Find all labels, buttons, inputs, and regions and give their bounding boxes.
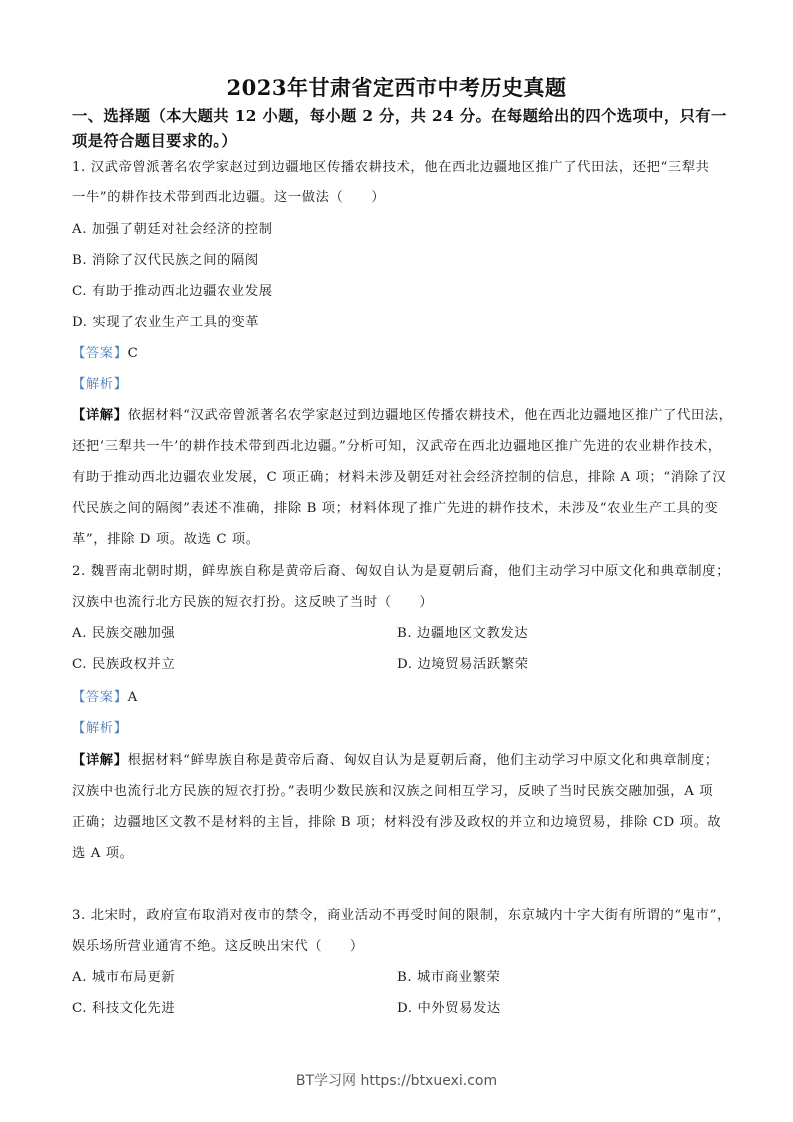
detail-label: 【详解】: [72, 753, 128, 768]
detail-line: 革”，排除 D 项。故选 C 项。: [72, 530, 724, 550]
question-stem-line: 1. 汉武帝曾派著名农学家赵过到边疆地区传播农耕技术，他在西北边疆地区推广了代田…: [72, 158, 724, 178]
answer-value: A: [128, 690, 138, 705]
detail-line: 代民族之间的隔阂”表述不准确，排除 B 项；材料体现了推广先进的耕作技术，未涉及…: [72, 499, 724, 519]
detail-text: 依据材料“汉武帝曾派著名农学家赵过到边疆地区传播农耕技术，他在西北边疆地区推广了…: [128, 408, 733, 423]
detail-line: 有助于推动西北边疆农业发展，C 项正确；材料未涉及朝廷对社会经济控制的信息，排除…: [72, 468, 724, 488]
section-heading-line2: 项是符合题目要求的。）: [72, 131, 724, 151]
option-a: A. 加强了朝廷对社会经济的控制: [72, 220, 724, 240]
detail-text: 根据材料“鲜卑族自称是黄帝后裔、匈奴自认为是夏朝后裔，他们主动学习中原文化和典章…: [128, 753, 719, 768]
watermark-footer: BT学习网 https://btxuexi.com: [0, 1070, 793, 1090]
document-title: 2023年甘肃省定西市中考历史真题: [0, 72, 793, 102]
answer-label: 【答案】: [72, 346, 128, 361]
analysis-label: 【解析】: [72, 375, 724, 395]
detail-label: 【详解】: [72, 408, 128, 423]
answer-row: 【答案】A: [72, 688, 724, 708]
detail-line: 【详解】依据材料“汉武帝曾派著名农学家赵过到边疆地区传播农耕技术，他在西北边疆地…: [72, 406, 724, 426]
detail-line: 还把‘三犁共一牛’的耕作技术带到西北边疆。”分析可知，汉武帝在西北边疆地区推广先…: [72, 437, 724, 457]
section-heading-line1: 一、选择题（本大题共 12 小题，每小题 2 分，共 24 分。在每题给出的四个…: [72, 106, 724, 126]
option-c: C. 民族政权并立: [72, 655, 175, 675]
question-stem-line: 娱乐场所营业通宵不绝。这反映出宋代（ ）: [72, 937, 724, 957]
detail-line: 【详解】根据材料“鲜卑族自称是黄帝后裔、匈奴自认为是夏朝后裔，他们主动学习中原文…: [72, 751, 724, 771]
option-b: B. 边疆地区文教发达: [397, 624, 528, 644]
question-stem-line: 3. 北宋时，政府宣布取消对夜市的禁令，商业活动不再受时间的限制，东京城内十字大…: [72, 906, 724, 926]
document-page: 2023年甘肃省定西市中考历史真题 一、选择题（本大题共 12 小题，每小题 2…: [0, 0, 793, 1122]
detail-line: 汉族中也流行北方民族的短衣打扮。”表明少数民族和汉族之间相互学习，反映了当时民族…: [72, 782, 724, 802]
answer-row: 【答案】C: [72, 344, 724, 364]
option-b: B. 城市商业繁荣: [397, 968, 500, 988]
answer-label: 【答案】: [72, 690, 128, 705]
option-c: C. 科技文化先进: [72, 999, 175, 1019]
option-b: B. 消除了汉代民族之间的隔阂: [72, 251, 724, 271]
question-stem-line: 一牛”的耕作技术带到西北边疆。这一做法（ ）: [72, 188, 724, 208]
option-a: A. 民族交融加强: [72, 624, 175, 644]
answer-value: C: [128, 346, 139, 361]
detail-line: 选 A 项。: [72, 844, 724, 864]
option-d: D. 边境贸易活跃繁荣: [397, 655, 529, 675]
question-stem-line: 汉族中也流行北方民族的短衣打扮。这反映了当时（ ）: [72, 593, 724, 613]
detail-line: 正确；边疆地区文教不是材料的主旨，排除 B 项；材料没有涉及政权的并立和边境贸易…: [72, 813, 724, 833]
option-a: A. 城市布局更新: [72, 968, 175, 988]
option-c: C. 有助于推动西北边疆农业发展: [72, 282, 724, 302]
option-d: D. 中外贸易发达: [397, 999, 501, 1019]
analysis-label: 【解析】: [72, 719, 724, 739]
option-d: D. 实现了农业生产工具的变革: [72, 313, 724, 333]
question-stem-line: 2. 魏晋南北朝时期，鲜卑族自称是黄帝后裔、匈奴自认为是夏朝后裔，他们主动学习中…: [72, 562, 724, 582]
